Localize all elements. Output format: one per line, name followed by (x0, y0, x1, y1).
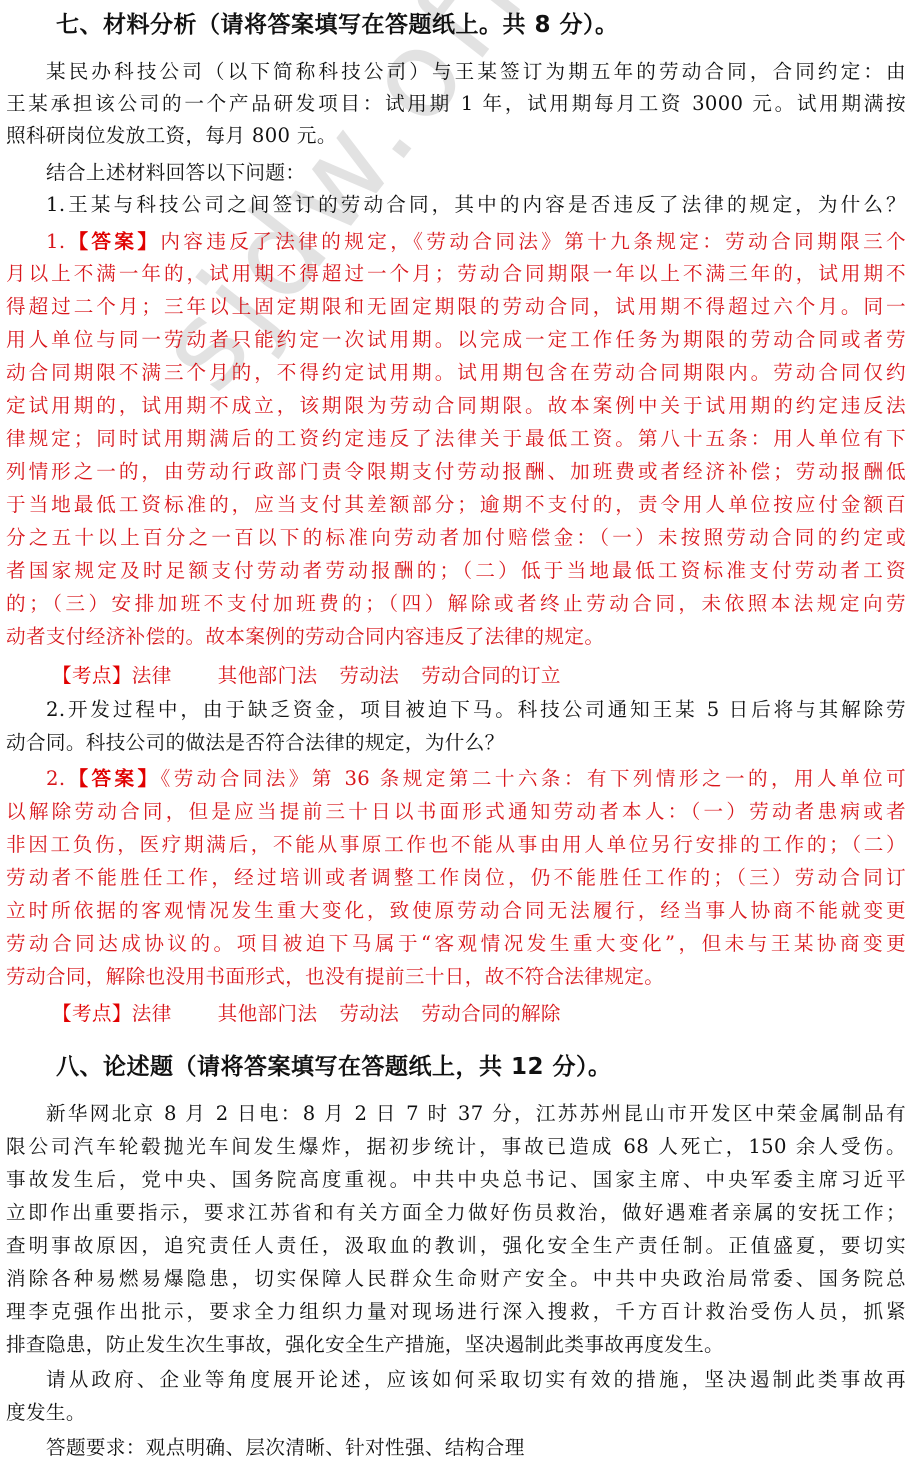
kaodian-tag: 【考点】 (52, 664, 132, 687)
kaodian-item: 法律 (132, 1002, 172, 1025)
answer-line: 者国家规定及时足额支付劳动者劳动报酬的；（二）低于当地最低工资标准支付劳动者工资 (6, 555, 906, 587)
kaodian-item: 劳动法 (339, 664, 399, 687)
section-8-heading: 八、论述题（请将答案填写在答题纸上，共 12 分）。 (56, 1048, 612, 1081)
question-2: 动合同。科技公司的做法是否符合法律的规定，为什么？ (6, 727, 906, 759)
material-line: 某民办科技公司（以下简称科技公司）与王某签订为期五年的劳动合同，合同约定：由 (46, 56, 906, 88)
kaodian-1: 【考点】法律其他部门法劳动法劳动合同的订立 (52, 660, 912, 692)
material-line: 排查隐患，防止发生次生事故，强化安全生产措施，坚决遏制此类事故再度发生。 (6, 1329, 906, 1361)
material-line: 立即作出重要指示，要求江苏省和有关方面全力做好伤员救治，做好遇难者亲属的安抚工作… (6, 1197, 906, 1229)
material-line: 王某承担该公司的一个产品研发项目：试用期 1 年，试用期每月工资 3000 元。… (6, 88, 906, 120)
material-line: 限公司汽车轮毂抛光车间发生爆炸，据初步统计，事故已造成 68 人死亡，150 余… (6, 1131, 906, 1163)
material-line: 查明事故原因，追究责任人责任，汲取血的教训，强化安全生产责任制。正值盛夏，要切实 (6, 1230, 906, 1262)
answer-line: 劳动合同达成协议的。项目被迫下马属于“客观情况发生重大变化”，但未与王某协商变更 (6, 928, 906, 960)
answer-line: 的；（三）安排加班不支付加班费的；（四）解除或者终止劳动合同，未依照本法规定向劳 (6, 588, 906, 620)
material-line: 新华网北京 8 月 2 日电：8 月 2 日 7 时 37 分，江苏苏州昆山市开… (46, 1098, 906, 1130)
answer-line: 立时所依据的客观情况发生重大变化，致使原劳动合同无法履行，经当事人协商不能就变更 (6, 895, 906, 927)
answer-tag: 【答案】 (65, 230, 160, 253)
answer-line: 非因工负伤，医疗期满后，不能从事原工作也不能从事由用人单位另行安排的工作的；（二… (6, 829, 906, 861)
answer-line: 劳动合同，解除也没用书面形式，也没有提前三十日，故不符合法律规定。 (6, 961, 906, 993)
material-line: 事故发生后，党中央、国务院高度重视。中共中央总书记、国家主席、中央军委主席习近平 (6, 1164, 906, 1196)
answer-line: 于当地最低工资标准的，应当支付其差额部分；逾期不支付的，责令用人单位按应付金额百 (6, 489, 906, 521)
answer-line: 定试用期的，试用期不成立，该期限为劳动合同期限。故本案例中关于试用期的约定违反法 (6, 390, 906, 422)
answer-line: 得超过二个月；三年以上固定期限和无固定期限的劳动合同，试用期不得超过六个月。同一 (6, 291, 906, 323)
prompt: 结合上述材料回答以下问题： (46, 157, 906, 189)
kaodian-item: 劳动合同的订立 (421, 664, 561, 687)
answer-text: 内容违反了法律的规定，《劳动合同法》第十九条规定：劳动合同期限三个 (160, 230, 906, 253)
answer-tag: 【答案】 (65, 767, 160, 790)
answer-line: 劳动者不能胜任工作，经过培训或者调整工作岗位，仍不能胜任工作的；（三）劳动合同订 (6, 862, 906, 894)
answer-prefix: 1. (46, 230, 65, 253)
question-2: 2.开发过程中，由于缺乏资金，项目被迫下马。科技公司通知王某 5 日后将与其解除… (46, 694, 906, 726)
material-line: 消除各种易燃易爆隐患，切实保障人民群众生命财产安全。中共中央政治局常委、国务院总 (6, 1263, 906, 1295)
answer-1-first-line: 1.【答案】内容违反了法律的规定，《劳动合同法》第十九条规定：劳动合同期限三个 (46, 226, 906, 258)
kaodian-item: 劳动合同的解除 (421, 1002, 561, 1025)
material-line: 照科研岗位发放工资，每月 800 元。 (6, 120, 906, 152)
answer-2-first-line: 2.【答案】《劳动合同法》第 36 条规定第二十六条：有下列情形之一的，用人单位… (46, 763, 906, 795)
answer-requirements: 答题要求：观点明确、层次清晰、针对性强、结构合理 (46, 1432, 906, 1462)
answer-line: 用人单位与同一劳动者只能约定一次试用期。以完成一定工作任务为期限的劳动合同或者劳 (6, 324, 906, 356)
kaodian-item: 其他部门法 (218, 1002, 318, 1025)
answer-line: 月以上不满一年的，试用期不得超过一个月；劳动合同期限一年以上不满三年的，试用期不 (6, 258, 906, 290)
essay-question: 度发生。 (6, 1397, 906, 1429)
answer-text: 《劳动合同法》第 36 条规定第二十六条：有下列情形之一的，用人单位可 (161, 767, 906, 790)
answer-line: 动者支付经济补偿的。故本案例的劳动合同内容违反了法律的规定。 (6, 621, 906, 653)
section-7-heading: 七、材料分析（请将答案填写在答题纸上。共 8 分）。 (56, 6, 619, 39)
question-1: 1.王某与科技公司之间签订的劳动合同，其中的内容是否违反了法律的规定，为什么？ (46, 189, 906, 221)
kaodian-item: 其他部门法 (218, 664, 318, 687)
material-line: 理李克强作出批示，要求全力组织力量对现场进行深入搜救，千方百计救治受伤人员，抓紧 (6, 1296, 906, 1328)
essay-question: 请从政府、企业等角度展开论述，应该如何采取切实有效的措施，坚决遏制此类事故再 (46, 1364, 906, 1396)
kaodian-item: 劳动法 (339, 1002, 399, 1025)
answer-line: 动合同期限不满三个月的，不得约定试用期。试用期包含在劳动合同期限内。劳动合同仅约 (6, 357, 906, 389)
kaodian-2: 【考点】法律其他部门法劳动法劳动合同的解除 (52, 998, 912, 1030)
kaodian-item: 法律 (132, 664, 172, 687)
answer-line: 以解除劳动合同，但是应当提前三十日以书面形式通知劳动者本人：（一）劳动者患病或者 (6, 796, 906, 828)
answer-line: 分之五十以上百分之一百以下的标准向劳动者加付赔偿金：（一）未按照劳动合同的约定或 (6, 522, 906, 554)
answer-prefix: 2. (46, 767, 65, 790)
kaodian-tag: 【考点】 (52, 1002, 132, 1025)
answer-line: 律规定；同时试用期满后的工资约定违反了法律关于最低工资。第八十五条：用人单位有下 (6, 423, 906, 455)
answer-line: 列情形之一的，由劳动行政部门责令限期支付劳动报酬、加班费或者经济补偿；劳动报酬低 (6, 456, 906, 488)
